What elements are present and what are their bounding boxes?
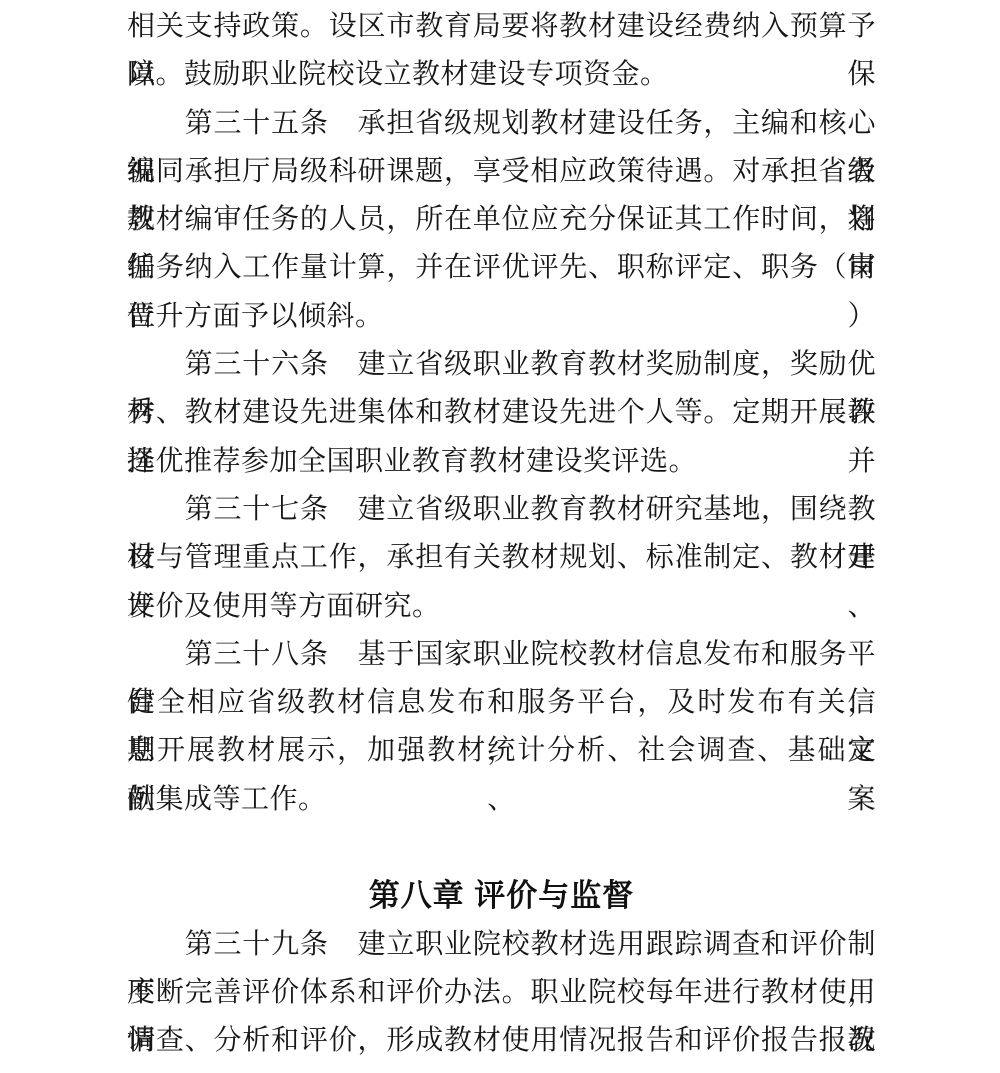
document-line-article-38: 第三十八条 基于国家职业院校教材信息发布和服务平台， [127,631,876,679]
document-line-article-35: 第三十五条 承担省级规划教材建设任务，主编和核心编者 [127,100,876,148]
document-line-article-39: 第三十九条 建立职业院校教材选用跟踪调查和评价制度， [127,921,876,969]
document-line: 视同承担厅局级科研课题，享受相应政策待遇。对承担省级规划 [127,148,876,196]
document-line: 设与管理重点工作，承担有关教材规划、标准制定、教材开发、 [127,534,876,582]
document-line-article-36: 第三十六条 建立省级职业教育教材奖励制度，奖励优秀教 [127,341,876,389]
document-line: 相关支持政策。设区市教育局要将教材建设经费纳入预算予以保 [127,3,876,51]
document-line: 期开展教材展示，加强教材统计分析、社会调查、基础文献、案 [127,727,876,775]
document-line: 调查、分析和评价，形成教材使用情况报告和评价报告报教育行 [127,1017,876,1065]
document-line: 教材编审任务的人员，所在单位应充分保证其工作时间，将编审 [127,196,876,244]
document-line: 材、教材建设先进集体和教材建设先进个人等。定期开展评选并 [127,389,876,437]
document-page: 相关支持政策。设区市教育局要将教材建设经费纳入预算予以保 障。鼓励职业院校设立教… [0,0,1000,1073]
document-line: 任务纳入工作量计算，并在评优评先、职称评定、职务（岗位） [127,244,876,292]
blank-line [127,824,876,872]
document-line: 不断完善评价体系和评价办法。职业院校每年进行教材使用情况 [127,969,876,1017]
chapter-heading: 第八章 评价与监督 [127,872,876,920]
document-line: 健全相应省级教材信息发布和服务平台，及时发布有关信息，定 [127,679,876,727]
document-line-article-37: 第三十七条 建立省级职业教育教材研究基地，围绕教材建 [127,486,876,534]
